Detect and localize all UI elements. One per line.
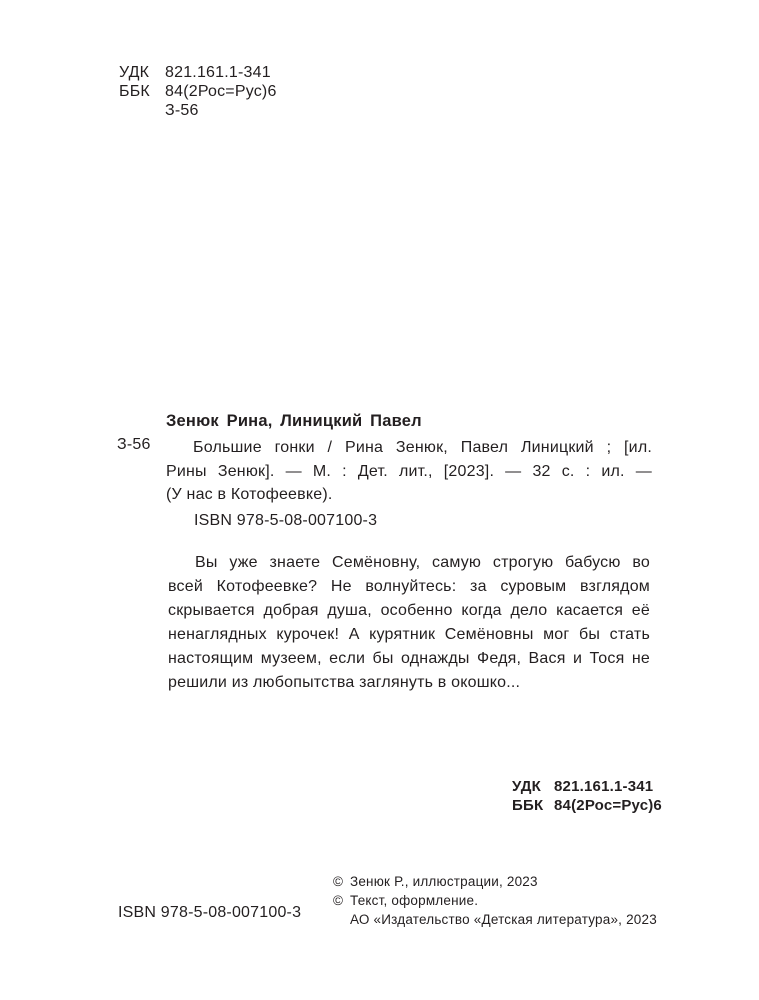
annotation-line: Вы уже знаете Семёновну, самую строгую б… (168, 551, 650, 575)
bottom-classification-block: УДК821.161.1-341 ББК84(2Рос=Рус)6 (512, 777, 662, 815)
annotation-line: настоящим музеем, если бы однажды Федя, … (168, 647, 650, 671)
footer-isbn: ISBN 978-5-08-007100-3 (118, 904, 301, 922)
annotation-line: скрывается добрая душа, особенно когда д… (168, 599, 650, 623)
bbk-row: ББК84(2Рос=Рус)6 (119, 82, 277, 101)
copyright-line: ©Текст, оформление. (333, 891, 657, 910)
udk-value: 821.161.1-341 (165, 63, 271, 82)
annotation-line: всей Котофеевке? Не волнуйтесь: за суров… (168, 575, 650, 599)
copyright-text: Текст, оформление. (350, 893, 478, 908)
bottom-udk-label: УДК (512, 777, 554, 796)
record-author-sign: З-56 (117, 436, 151, 454)
bbk-value: 84(2Рос=Рус)6 (165, 82, 277, 101)
record-isbn: ISBN 978-5-08-007100-3 (194, 512, 377, 530)
bottom-bbk-row: ББК84(2Рос=Рус)6 (512, 796, 662, 815)
record-authors: Зенюк Рина, Линицкий Павел (166, 412, 422, 431)
bottom-udk-row: УДК821.161.1-341 (512, 777, 662, 796)
bottom-udk-value: 821.161.1-341 (554, 778, 653, 795)
annotation-paragraph: Вы уже знаете Семёновну, самую строгую б… (168, 551, 650, 695)
record-description-line: Большие гонки / Рина Зенюк, Павел Линицк… (166, 436, 652, 460)
annotation-line: решили из любопытства заглянуть в окошко… (168, 671, 650, 695)
author-sign: З-56 (119, 101, 277, 120)
bbk-label: ББК (119, 82, 165, 101)
copyright-text: Зенюк Р., иллюстрации, 2023 (350, 874, 538, 889)
record-description-line: (У нас в Котофеевке). (166, 483, 652, 507)
copyright-line: ©Зенюк Р., иллюстрации, 2023 (333, 872, 657, 891)
record-description-line: Рины Зенюк]. — М. : Дет. лит., [2023]. —… (166, 460, 652, 484)
copyright-block: ©Зенюк Р., иллюстрации, 2023 ©Текст, офо… (333, 872, 657, 929)
bottom-bbk-value: 84(2Рос=Рус)6 (554, 797, 662, 814)
copyright-icon: © (333, 891, 350, 910)
copyright-icon: © (333, 872, 350, 891)
udk-label: УДК (119, 63, 165, 82)
record-description: Большие гонки / Рина Зенюк, Павел Линицк… (166, 436, 652, 507)
top-classification-block: УДК821.161.1-341 ББК84(2Рос=Рус)6 З-56 (119, 63, 277, 120)
annotation-line: ненаглядных курочек! А курятник Семёновн… (168, 623, 650, 647)
udk-row: УДК821.161.1-341 (119, 63, 277, 82)
bottom-bbk-label: ББК (512, 796, 554, 815)
copyright-line: АО «Издательство «Детская литература», 2… (333, 910, 657, 929)
